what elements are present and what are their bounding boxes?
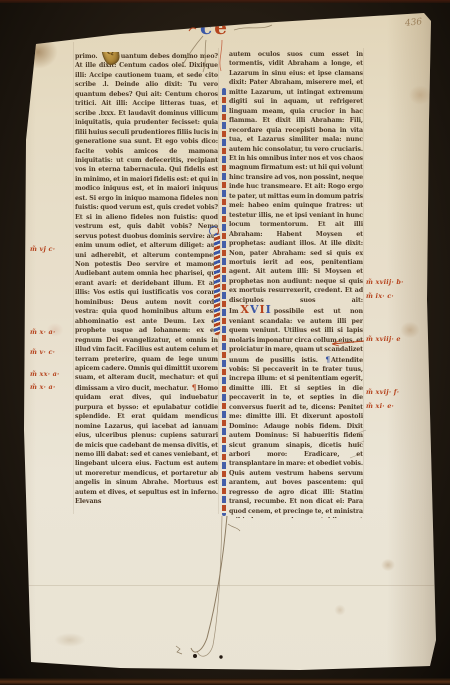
margin-note: m̃ xi· e·: [366, 403, 394, 410]
margin-note: m̃ vj c·: [30, 246, 55, 253]
penwork-bar: [222, 88, 226, 516]
column-text: uantum debes domino meo? At ille dixit: …: [75, 53, 218, 392]
column-text: Attendite vobis: Si peccaverit in te fra…: [229, 357, 363, 519]
margin-note: m̃ xvij· f·: [366, 389, 399, 396]
column-text: autem oculos suos cum esset in tormentis…: [229, 51, 363, 315]
chapter-letter: I: [266, 303, 272, 316]
margin-note: m̃ v· c·: [30, 349, 55, 356]
photo-frame: ce 436 primo. Quantum debes domino meo? …: [0, 0, 450, 685]
running-title-letter-red: e: [214, 15, 229, 39]
text-column-right: autem oculos suos cum esset in tormentis…: [229, 50, 363, 518]
ruling-line: [73, 42, 74, 514]
margin-note: m̃ xviij· b·: [366, 279, 404, 286]
manuscript-leaf: ce 436 primo. Quantum debes domino meo? …: [0, 0, 450, 685]
parchment-crease: [24, 585, 434, 586]
folio-number: 436: [405, 17, 423, 29]
paraph-mark-blue: ¶: [324, 355, 331, 364]
frame-edge-top: [0, 0, 450, 3]
running-title-letter-blue: c: [200, 15, 214, 39]
column-text: possibile est ut non veniant scandala: v…: [229, 308, 363, 363]
chapter-numeral-xvii: XVII: [238, 303, 273, 316]
chapter-letter: V: [250, 303, 260, 316]
frame-edge-bottom: [0, 678, 450, 685]
column-text: Homo quidam erat dives, qui induebatur p…: [75, 385, 218, 505]
running-title: ce: [200, 16, 229, 38]
chapter-letter: X: [240, 303, 250, 316]
margin-note: m̃ xviij· e: [366, 336, 401, 343]
penwork-ornament: [214, 233, 220, 335]
margin-note: m̃ xx· a·: [30, 371, 60, 378]
margin-note: m̃ x· a·: [30, 384, 55, 391]
ruling-line: [363, 48, 364, 514]
margin-note: m̃ ix· c·: [366, 293, 394, 300]
column-lead-word: primo.: [75, 53, 97, 60]
text-column-left: primo. Quantum debes domino meo? At ille…: [75, 52, 218, 514]
margin-note: m̃ x· a·: [30, 329, 55, 336]
